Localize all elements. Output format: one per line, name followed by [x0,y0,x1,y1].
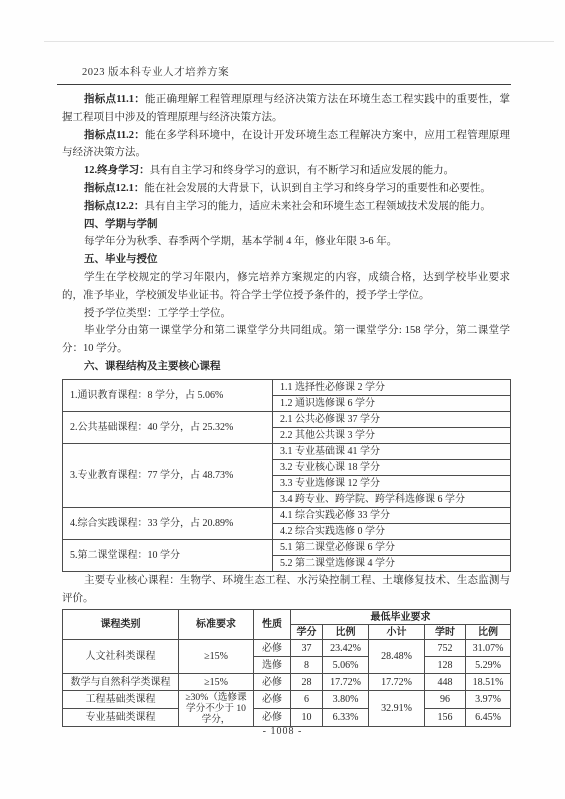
table-cell: 752 [425,640,466,657]
course-structure-table: 1.通识教育课程：8 学分，占 5.06% 1.1 选择性必修课 2 学分 1.… [62,379,511,572]
table-cell-nature: 必修 [254,674,291,691]
column-header-category: 课程类别 [63,610,179,640]
paragraph-body: 学生在学校规定的学习年限内，修完培养方案规定的内容，成绩合格，达到学校毕业要求的… [62,269,510,305]
table-cell-nature: 必修 [254,640,291,657]
table-cell: 18.51% [466,674,511,691]
column-header-standard: 标准要求 [179,610,254,640]
table-cell: 3.97% [466,691,511,709]
table-cell-subtotal: 28.48% [369,640,425,674]
page-header-title: 2023 版本科专业人才培养方案 [82,64,229,79]
graduation-requirements-table: 课程类别 标准要求 性质 最低毕业要求 学分 比例 小计 学时 比例 人文社科类… [62,609,511,727]
table-cell: 448 [425,674,466,691]
column-header-hour-ratio: 比例 [466,625,511,640]
paragraph-body: 授予学位类型：工学学士学位。 [62,305,510,323]
table-cell: 156 [425,709,466,727]
page-number: - 1008 - [0,726,565,737]
table-cell-subtotal: 32.91% [369,691,425,727]
paragraph-lead: 12.终身学习： [84,165,150,176]
table-cell: 23.42% [323,640,369,657]
paragraph-indicator: 指标点11.2：能在多学科环境中，在设计开发环境生态工程解决方案中，应用工程管理… [62,127,510,163]
column-header-subtotal: 小计 [369,625,425,640]
table-cell-group-label: 5.第二课堂课程：10 学分 [63,539,273,571]
table-cell-category: 人文社科类课程 [63,640,179,674]
scan-artifact-line [44,41,554,42]
table-cell: 17.72% [323,674,369,691]
section-heading-curriculum: 六、课程结构及主要核心课程 [62,358,510,376]
table-cell: 6.33% [323,709,369,727]
table-cell-category: 数学与自然科学类课程 [63,674,179,691]
table-cell: 5.2 第二课堂选修课 4 学分 [273,555,511,571]
table-cell-group-label: 2.公共基础课程：40 学分，占 25.32% [63,411,273,443]
section-heading-graduation: 五、毕业与授位 [62,251,510,269]
table-cell: 5.29% [466,657,511,674]
column-header-min-graduation: 最低毕业要求 [291,610,511,625]
table-cell: 4.2 综合实践选修 0 学分 [273,523,511,539]
paragraph-indicator: 指标点11.1：能正确理解工程管理原理与经济决策方法在环境生态工程实践中的重要性… [62,91,510,127]
table-cell: 96 [425,691,466,709]
table-cell-subtotal: 17.72% [369,674,425,691]
column-header-credits: 学分 [291,625,323,640]
table-cell: 37 [291,640,323,657]
table-cell: 1.2 通识选修课 6 学分 [273,395,511,411]
table-cell: 1.1 选择性必修课 2 学分 [273,379,511,395]
column-header-hours: 学时 [425,625,466,640]
core-courses-line: 主要专业核心课程：生物学、环境生态工程、水污染控制工程、土壤修复技术、生态监测与… [62,572,510,608]
table-cell-nature: 必修 [254,691,291,709]
table-cell-category: 专业基础类课程 [63,709,179,727]
column-header-credit-ratio: 比例 [323,625,369,640]
table-cell: 5.1 第二课堂必修课 6 学分 [273,539,511,555]
paragraph-text: 具有自主学习的能力，适应未来社会和环境生态工程领域技术发展的能力。 [144,201,491,212]
table-cell: 3.2 专业核心课 18 学分 [273,459,511,475]
table-cell: 10 [291,709,323,727]
table-cell-nature: 选修 [254,657,291,674]
header-rule [57,84,511,85]
table-cell-standard: ≥15% [179,640,254,674]
table-cell: 3.4 跨专业、跨学院、跨学科选修课 6 学分 [273,491,511,507]
table-cell: 6 [291,691,323,709]
paragraph-body: 毕业学分由第一课堂学分和第二课堂学分共同组成。第一课堂学分: 158 学分，第二… [62,322,510,358]
table-cell-group-label: 1.通识教育课程：8 学分，占 5.06% [63,379,273,411]
table-cell: 8 [291,657,323,674]
paragraph-lead: 指标点11.1： [84,94,145,105]
section-heading-semesters: 四、学期与学制 [62,216,510,234]
table-cell-standard: ≥15% [179,674,254,691]
paragraph-lead: 指标点11.2： [84,130,145,141]
table-cell-nature: 必修 [254,709,291,727]
page-body: 指标点11.1：能正确理解工程管理原理与经济决策方法在环境生态工程实践中的重要性… [62,91,510,727]
table-cell: 6.45% [466,709,511,727]
table-cell: 3.1 专业基础课 41 学分 [273,443,511,459]
table-cell-group-label: 4.综合实践课程：33 学分，占 20.89% [63,507,273,539]
paragraph-lead: 指标点12.2： [84,201,144,212]
table-cell: 128 [425,657,466,674]
table-cell: 5.06% [323,657,369,674]
paragraph-text: 能在社会发展的大背景下，认识到自主学习和终身学习的重要性和必要性。 [144,183,491,194]
table-cell-group-label: 3.专业教育课程：77 学分，占 48.73% [63,443,273,507]
table-cell: 28 [291,674,323,691]
column-header-nature: 性质 [254,610,291,640]
table-cell: 31.07% [466,640,511,657]
paragraph-text: 具有自主学习和终身学习的意识，有不断学习和适应发展的能力。 [150,165,455,176]
paragraph-lead: 指标点12.1： [84,183,144,194]
table-cell-standard: ≥30%（选修课学分不少于 10 学分， [179,691,254,727]
table-cell-category: 工程基础类课程 [63,691,179,709]
paragraph-body: 每学年分为秋季、春季两个学期，基本学制 4 年，修业年限 3-6 年。 [62,233,510,251]
table-cell: 4.1 综合实践必修 33 学分 [273,507,511,523]
table-cell: 2.2 其他公共课 3 学分 [273,427,511,443]
table-cell: 3.3 专业选修课 12 学分 [273,475,511,491]
paragraph-indicator: 12.终身学习：具有自主学习和终身学习的意识，有不断学习和适应发展的能力。 [62,162,510,180]
paragraph-indicator: 指标点12.2：具有自主学习的能力，适应未来社会和环境生态工程领域技术发展的能力… [62,198,510,216]
paragraph-indicator: 指标点12.1：能在社会发展的大背景下，认识到自主学习和终身学习的重要性和必要性… [62,180,510,198]
table-cell: 3.80% [323,691,369,709]
document-page: 2023 版本科专业人才培养方案 指标点11.1：能正确理解工程管理原理与经济决… [0,0,565,799]
table-cell: 2.1 公共必修课 37 学分 [273,411,511,427]
